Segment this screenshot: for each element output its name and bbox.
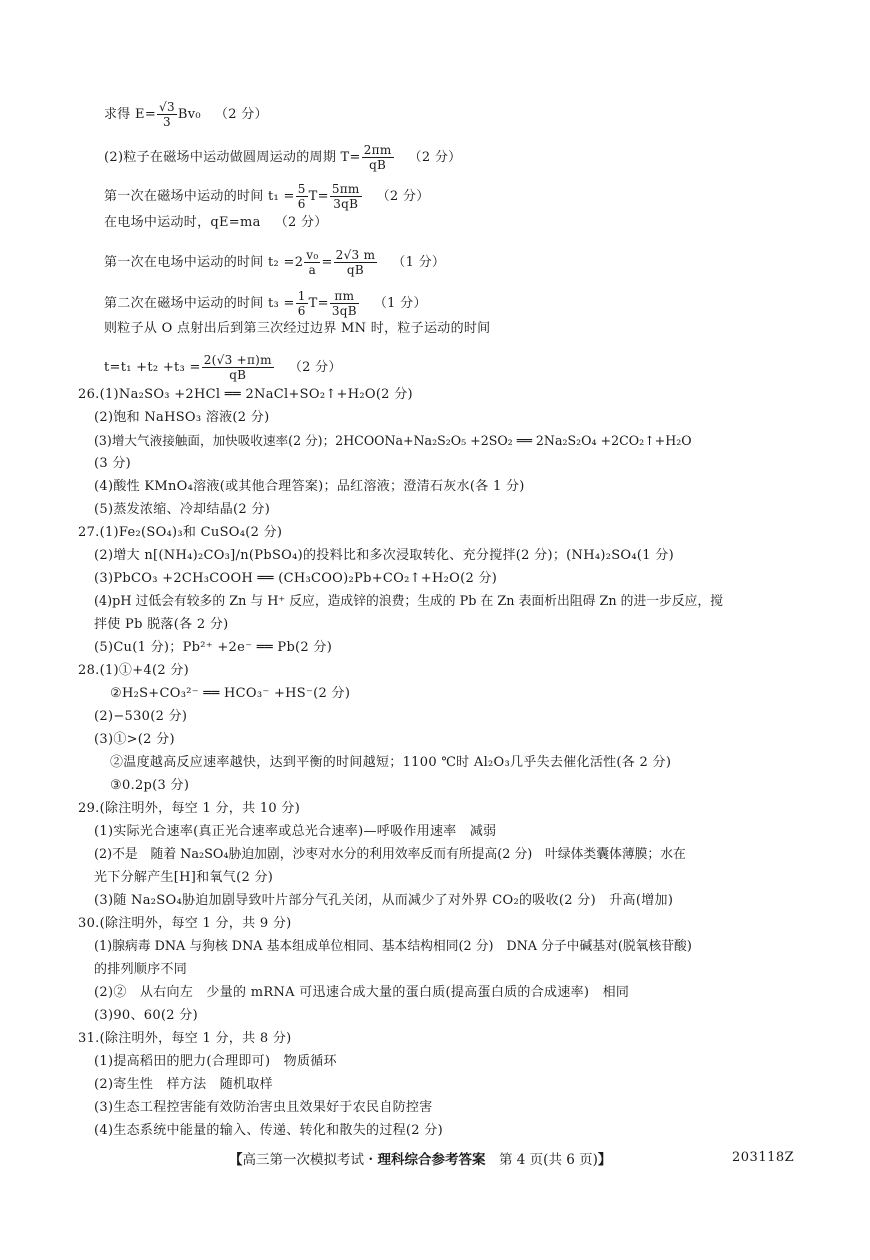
text: Bv₀ [178,107,201,122]
fraction: √33 [157,100,177,129]
fraction: 2√3 mqB [334,248,378,277]
fraction: 56 [296,182,308,211]
denominator: 3qB [330,304,359,318]
q26-line-4: (3 分) [94,455,131,473]
numerator: 5πm [330,182,362,197]
q30-line-2: (1)腺病毒 DNA 与狗核 DNA 基本组成单位相同、基本结构相同(2 分) … [94,938,692,956]
text: 则粒子从 O 点射出后到第三次经过边界 MN 时，粒子运动的时间 [104,321,490,336]
q26-line-6: (5)蒸发浓缩、冷却结晶(2 分) [94,501,270,519]
denominator: 3qB [330,197,362,211]
page-footer: 【高三第一次模拟考试・理科综合参考答案 第 4 页(共 6 页)】 [229,1148,611,1168]
subject-title: 理科综合参考答案 [378,1152,486,1168]
physics-line-4: 在电场中运动时，qE=ma（2 分） [104,214,328,232]
denominator: qB [202,368,274,382]
fraction: 2πmqB [362,143,394,172]
q31-line-1: 31.(除注明外，每空 1 分，共 8 分) [78,1030,292,1048]
denominator: 3 [157,115,177,129]
physics-line-3: 第一次在磁场中运动的时间 t₁ =56T=5πm3qB（2 分） [104,182,430,211]
bracket-right: 】 [598,1152,612,1168]
numerator: 2(√3 +π)m [202,353,274,368]
q31-line-3: (2)寄生性 样方法 随机取样 [94,1076,273,1094]
q26-line-3: (3)增大气液接触面，加快吸收速率(2 分)；2HCOONa+Na₂S₂O₅ +… [94,432,692,450]
numerator: 5 [296,182,308,197]
exam-title: 高三第一次模拟考试・ [243,1152,378,1168]
denominator: qB [334,263,378,277]
q28-line-5: ②温度越高反应速率越快，达到平衡的时间越短；1100 ℃时 Al₂O₃几乎失去催… [110,754,671,772]
text: T= [309,189,329,204]
q29-line-3: (2)不是 随着 Na₂SO₄胁迫加剧，沙枣对水分的利用效率反而有所提高(2 分… [94,846,686,864]
score: （1 分） [374,296,427,311]
text: (2)粒子在磁场中运动做圆周运动的周期 T= [104,150,361,165]
physics-line-2: (2)粒子在磁场中运动做圆周运动的周期 T=2πmqB（2 分） [104,143,461,172]
denominator: qB [362,158,394,172]
q26-line-1: 26.(1)Na₂SO₃ +2HCl ══ 2NaCl+SO₂↑+H₂O(2 分… [78,386,413,404]
score: （2 分） [275,215,328,230]
q31-line-2: (1)提高稻田的肥力(合理即可) 物质循环 [94,1053,337,1071]
score: （2 分） [377,189,430,204]
q27-line-4: (4)pH 过低会有较多的 Zn 与 H⁺ 反应，造成锌的浪费；生成的 Pb 在… [94,593,723,611]
text: T= [309,296,329,311]
text: 第二次在磁场中运动的时间 t₃ = [104,296,295,311]
numerator: √3 [157,100,177,115]
q30-line-5: (3)90、60(2 分) [94,1007,198,1025]
bracket-left: 【 [229,1152,243,1168]
text: 求得 E= [104,107,156,122]
q31-line-5: (4)生态系统中能量的输入、传递、转化和散失的过程(2 分) [94,1122,443,1140]
physics-line-6: 第二次在磁场中运动的时间 t₃ =16T=πm3qB（1 分） [104,289,427,318]
denominator: 6 [296,304,308,318]
q31-line-4: (3)生态工程控害能有效防治害虫且效果好于农民自防控害 [94,1099,433,1117]
q29-line-5: (3)随 Na₂SO₄胁迫加剧导致叶片部分气孔关闭，从而减少了对外界 CO₂的吸… [94,892,673,910]
numerator: πm [330,289,359,304]
physics-line-1: 求得 E=√33Bv₀（2 分） [104,100,268,129]
physics-line-8: t=t₁ +t₂ +t₃ =2(√3 +π)mqB（2 分） [104,353,342,382]
score: （1 分） [392,255,445,270]
fraction: 5πm3qB [330,182,362,211]
q26-line-2: (2)饱和 NaHSO₃ 溶液(2 分) [94,409,269,427]
physics-line-5: 第一次在电场中运动的时间 t₂ =2v₀a=2√3 mqB（1 分） [104,248,445,277]
q27-line-3: (3)PbCO₃ +2CH₃COOH ══ (CH₃COO)₂Pb+CO₂↑+H… [94,570,497,588]
numerator: v₀ [304,248,320,263]
fraction: v₀a [304,248,320,277]
q26-line-5: (4)酸性 KMnO₄溶液(或其他合理答案)；品红溶液；澄清石灰水(各 1 分) [94,478,525,496]
fraction: 2(√3 +π)mqB [202,353,274,382]
numerator: 2πm [362,143,394,158]
q28-line-2: ②H₂S+CO₃²⁻ ══ HCO₃⁻ +HS⁻(2 分) [110,685,350,703]
denominator: 6 [296,197,308,211]
physics-line-7: 则粒子从 O 点射出后到第三次经过边界 MN 时，粒子运动的时间 [104,320,490,338]
score: （2 分） [289,360,342,375]
q29-line-1: 29.(除注明外，每空 1 分，共 10 分) [78,800,300,818]
q30-line-3: 的排列顺序不同 [94,961,187,979]
score: （2 分） [215,107,268,122]
page-number: 第 4 页(共 6 页) [486,1152,598,1168]
q27-line-5: 拌使 Pb 脱落(各 2 分) [94,616,229,634]
q27-line-2: (2)增大 n[(NH₄)₂CO₃]/n(PbSO₄)的投料比和多次浸取转化、充… [94,547,674,565]
q29-line-2: (1)实际光合速率(真正光合速率或总光合速率)—呼吸作用速率 减弱 [94,823,496,841]
q28-line-4: (3)①>(2 分) [94,731,175,749]
text: = [321,255,332,270]
q28-line-3: (2)−530(2 分) [94,708,187,726]
numerator: 1 [296,289,308,304]
text: 在电场中运动时，qE=ma [104,215,261,230]
text: t=t₁ +t₂ +t₃ = [104,360,201,375]
q27-line-6: (5)Cu(1 分)；Pb²⁺ +2e⁻ ══ Pb(2 分) [94,639,332,657]
q28-line-1: 28.(1)①+4(2 分) [78,662,189,680]
fraction: 16 [296,289,308,318]
numerator: 2√3 m [334,248,378,263]
q30-line-1: 30.(除注明外，每空 1 分，共 9 分) [78,915,292,933]
q29-line-4: 光下分解产生[H]和氧气(2 分) [94,869,273,887]
text: 第一次在电场中运动的时间 t₂ =2 [104,255,303,270]
document-code: 203118Z [732,1150,794,1165]
score: （2 分） [409,150,462,165]
fraction: πm3qB [330,289,359,318]
q28-line-6: ③0.2p(3 分) [110,777,189,795]
denominator: a [304,263,320,277]
text: 第一次在磁场中运动的时间 t₁ = [104,189,295,204]
q30-line-4: (2)② 从右向左 少量的 mRNA 可迅速合成大量的蛋白质(提高蛋白质的合成速… [94,984,629,1002]
q27-line-1: 27.(1)Fe₂(SO₄)₃和 CuSO₄(2 分) [78,524,282,542]
